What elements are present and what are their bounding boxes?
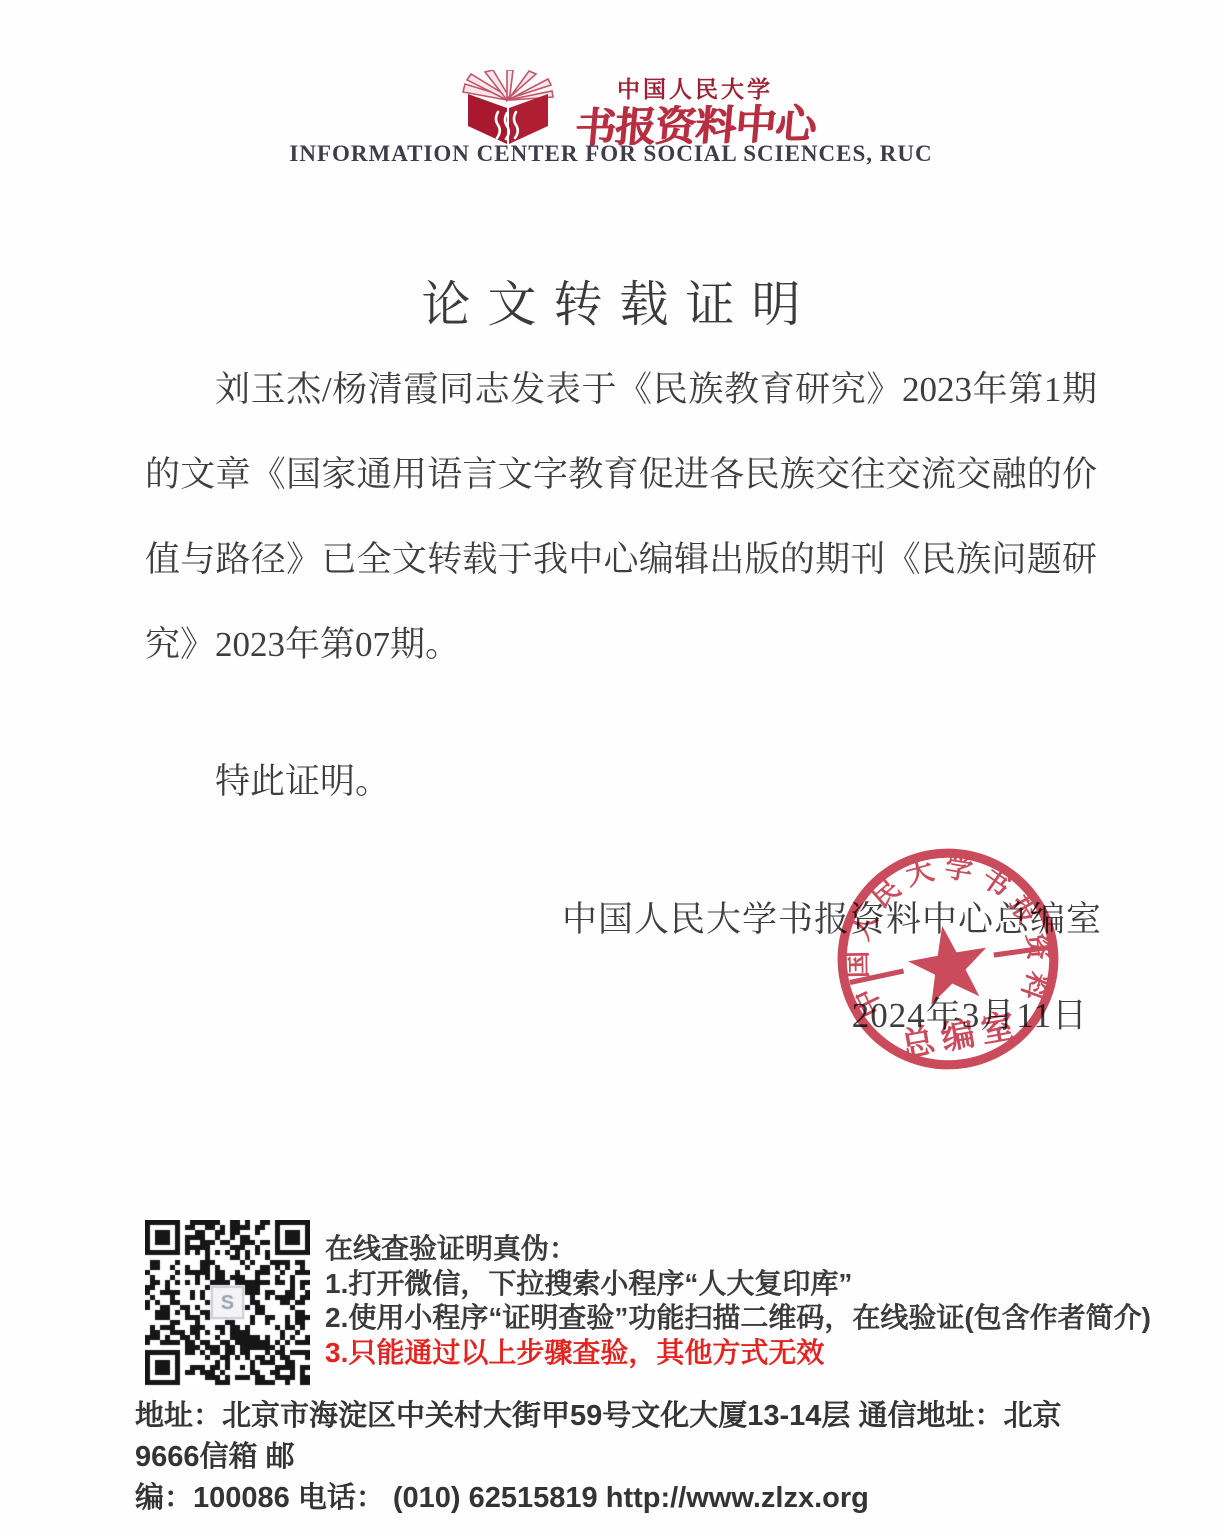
certificate-page: 中国人民大学 书报资料中心 INFORMATION CENTER FOR SOC… — [0, 0, 1222, 1534]
header: 中国人民大学 书报资料中心 — [0, 70, 1222, 148]
body-paragraph: 刘玉杰/杨清霞同志发表于《民族教育研究》2023年第1期 的文章《国家通用语言文… — [145, 360, 1097, 700]
verification-step: 3.只能通过以上步骤查验，其他方式无效 — [325, 1336, 1105, 1371]
open-book-logo-icon — [455, 70, 561, 144]
closing-statement: 特此证明。 — [145, 752, 1097, 812]
body-line: 究》2023年第07期。 — [145, 615, 1097, 700]
body-line: 刘玉杰/杨清霞同志发表于《民族教育研究》2023年第1期 — [145, 360, 1097, 445]
verification-heading: 在线查验证明真伪： — [325, 1232, 1105, 1267]
qr-code — [145, 1220, 310, 1388]
body-line: 值与路径》已全文转载于我中心编辑出版的期刊《民族问题研 — [145, 530, 1097, 615]
verification-step: 1.打开微信，下拉搜索小程序“人大复印库” — [325, 1267, 1105, 1302]
seal-bottom-text: 总编室 — [898, 1006, 1025, 1065]
address-line: 编：100086 电话： (010) 62515819 http://www.z… — [135, 1478, 1115, 1519]
org-name-cn: 中国人民大学 — [617, 78, 773, 101]
seal-star-icon — [903, 919, 994, 1007]
document-title: 论文转载证明 — [0, 266, 1222, 336]
body-line: 的文章《国家通用语言文字教育促进各民族交往交流交融的价 — [145, 445, 1097, 530]
org-name-en: INFORMATION CENTER FOR SOCIAL SCIENCES, … — [0, 141, 1222, 167]
verification-step: 2.使用小程序“证明查验”功能扫描二维码，在线验证(包含作者简介) — [325, 1301, 1105, 1336]
contact-info: 地址：北京市海淀区中关村大街甲59号文化大厦13-14层 通信地址：北京9666… — [135, 1396, 1115, 1519]
address-line: 地址：北京市海淀区中关村大街甲59号文化大厦13-14层 通信地址：北京9666… — [135, 1396, 1115, 1478]
official-seal: 中国人民大学书报资料中心 总编室 — [831, 842, 1065, 1076]
verification-instructions: 在线查验证明真伪： 1.打开微信，下拉搜索小程序“人大复印库” 2.使用小程序“… — [325, 1232, 1105, 1370]
